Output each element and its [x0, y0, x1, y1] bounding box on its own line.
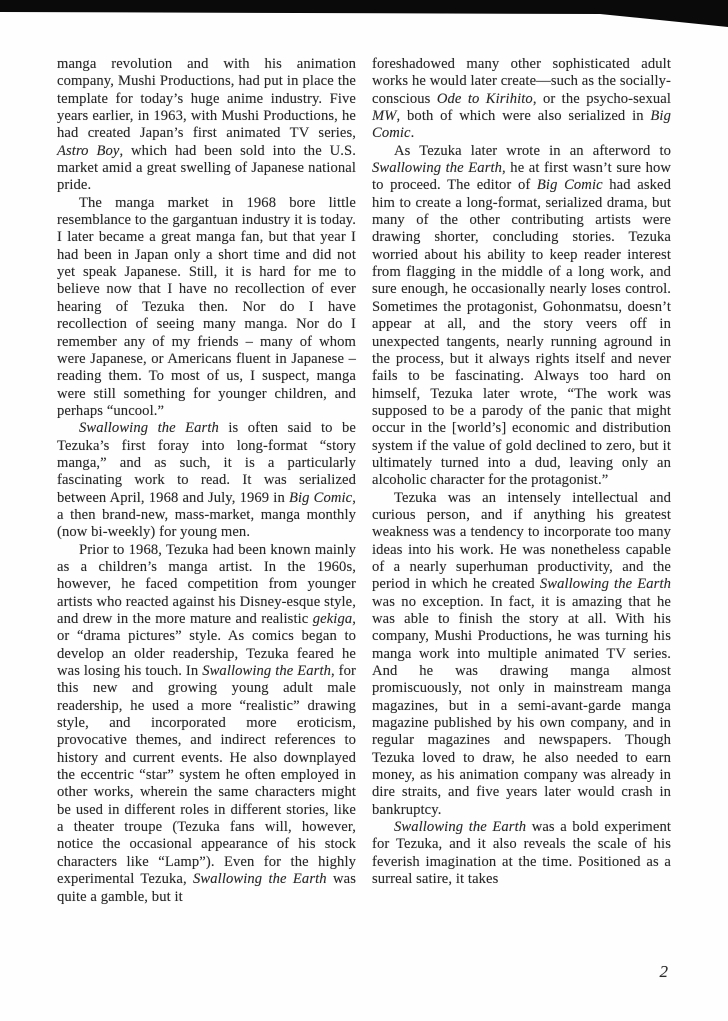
page-number: 2: [372, 962, 668, 982]
text-run: had asked him to create a long-format, s…: [372, 177, 671, 488]
italic-text-run: Swallowing the Earth: [540, 576, 671, 592]
italic-text-run: Big Comic: [537, 177, 603, 193]
text-column-right: foreshadowed many other sophisticated ad…: [372, 56, 671, 889]
italic-text-run: Big Comic: [289, 490, 352, 506]
text-run: , or the psycho-sexual: [533, 91, 671, 107]
text-column-left: manga revolution and with his animation …: [57, 56, 356, 906]
italic-text-run: Swallowing the Earth: [79, 420, 219, 436]
italic-text-run: Swallowing the Earth: [394, 819, 526, 835]
paragraph: Tezuka was an intensely intellectual and…: [372, 490, 671, 820]
paragraph: foreshadowed many other sophisticated ad…: [372, 56, 671, 143]
italic-text-run: gekiga: [313, 611, 353, 627]
text-run: .: [411, 125, 415, 141]
italic-text-run: MW: [372, 108, 397, 124]
italic-text-run: Swallowing the Earth: [193, 871, 327, 887]
text-run: As Tezuka later wrote in an afterword to: [394, 143, 671, 159]
text-run: , both of which were also serialized in: [397, 108, 651, 124]
paragraph: Prior to 1968, Tezuka had been known mai…: [57, 542, 356, 906]
paragraph: The manga market in 1968 bore little res…: [57, 195, 356, 420]
text-run: manga revolution and with his animation …: [57, 56, 356, 141]
paragraph: Swallowing the Earth was a bold experime…: [372, 819, 671, 888]
text-run: The manga market in 1968 bore little res…: [57, 195, 356, 419]
italic-text-run: Swallowing the Earth: [372, 160, 502, 176]
document-page: manga revolution and with his animation …: [0, 0, 728, 1021]
scan-edge-shadow: [0, 0, 728, 28]
text-run: Prior to 1968, Tezuka had been known mai…: [57, 542, 356, 627]
italic-text-run: Swallowing the Earth: [202, 663, 331, 679]
text-run: , for this new and growing young adult m…: [57, 663, 356, 887]
italic-text-run: Ode to Kirihito: [437, 91, 533, 107]
paragraph: Swallowing the Earth is often said to be…: [57, 420, 356, 541]
text-run: was no exception. In fact, it is amazing…: [372, 594, 671, 818]
paragraph: manga revolution and with his animation …: [57, 56, 356, 195]
italic-text-run: Astro Boy: [57, 143, 119, 159]
paragraph: As Tezuka later wrote in an afterword to…: [372, 143, 671, 490]
